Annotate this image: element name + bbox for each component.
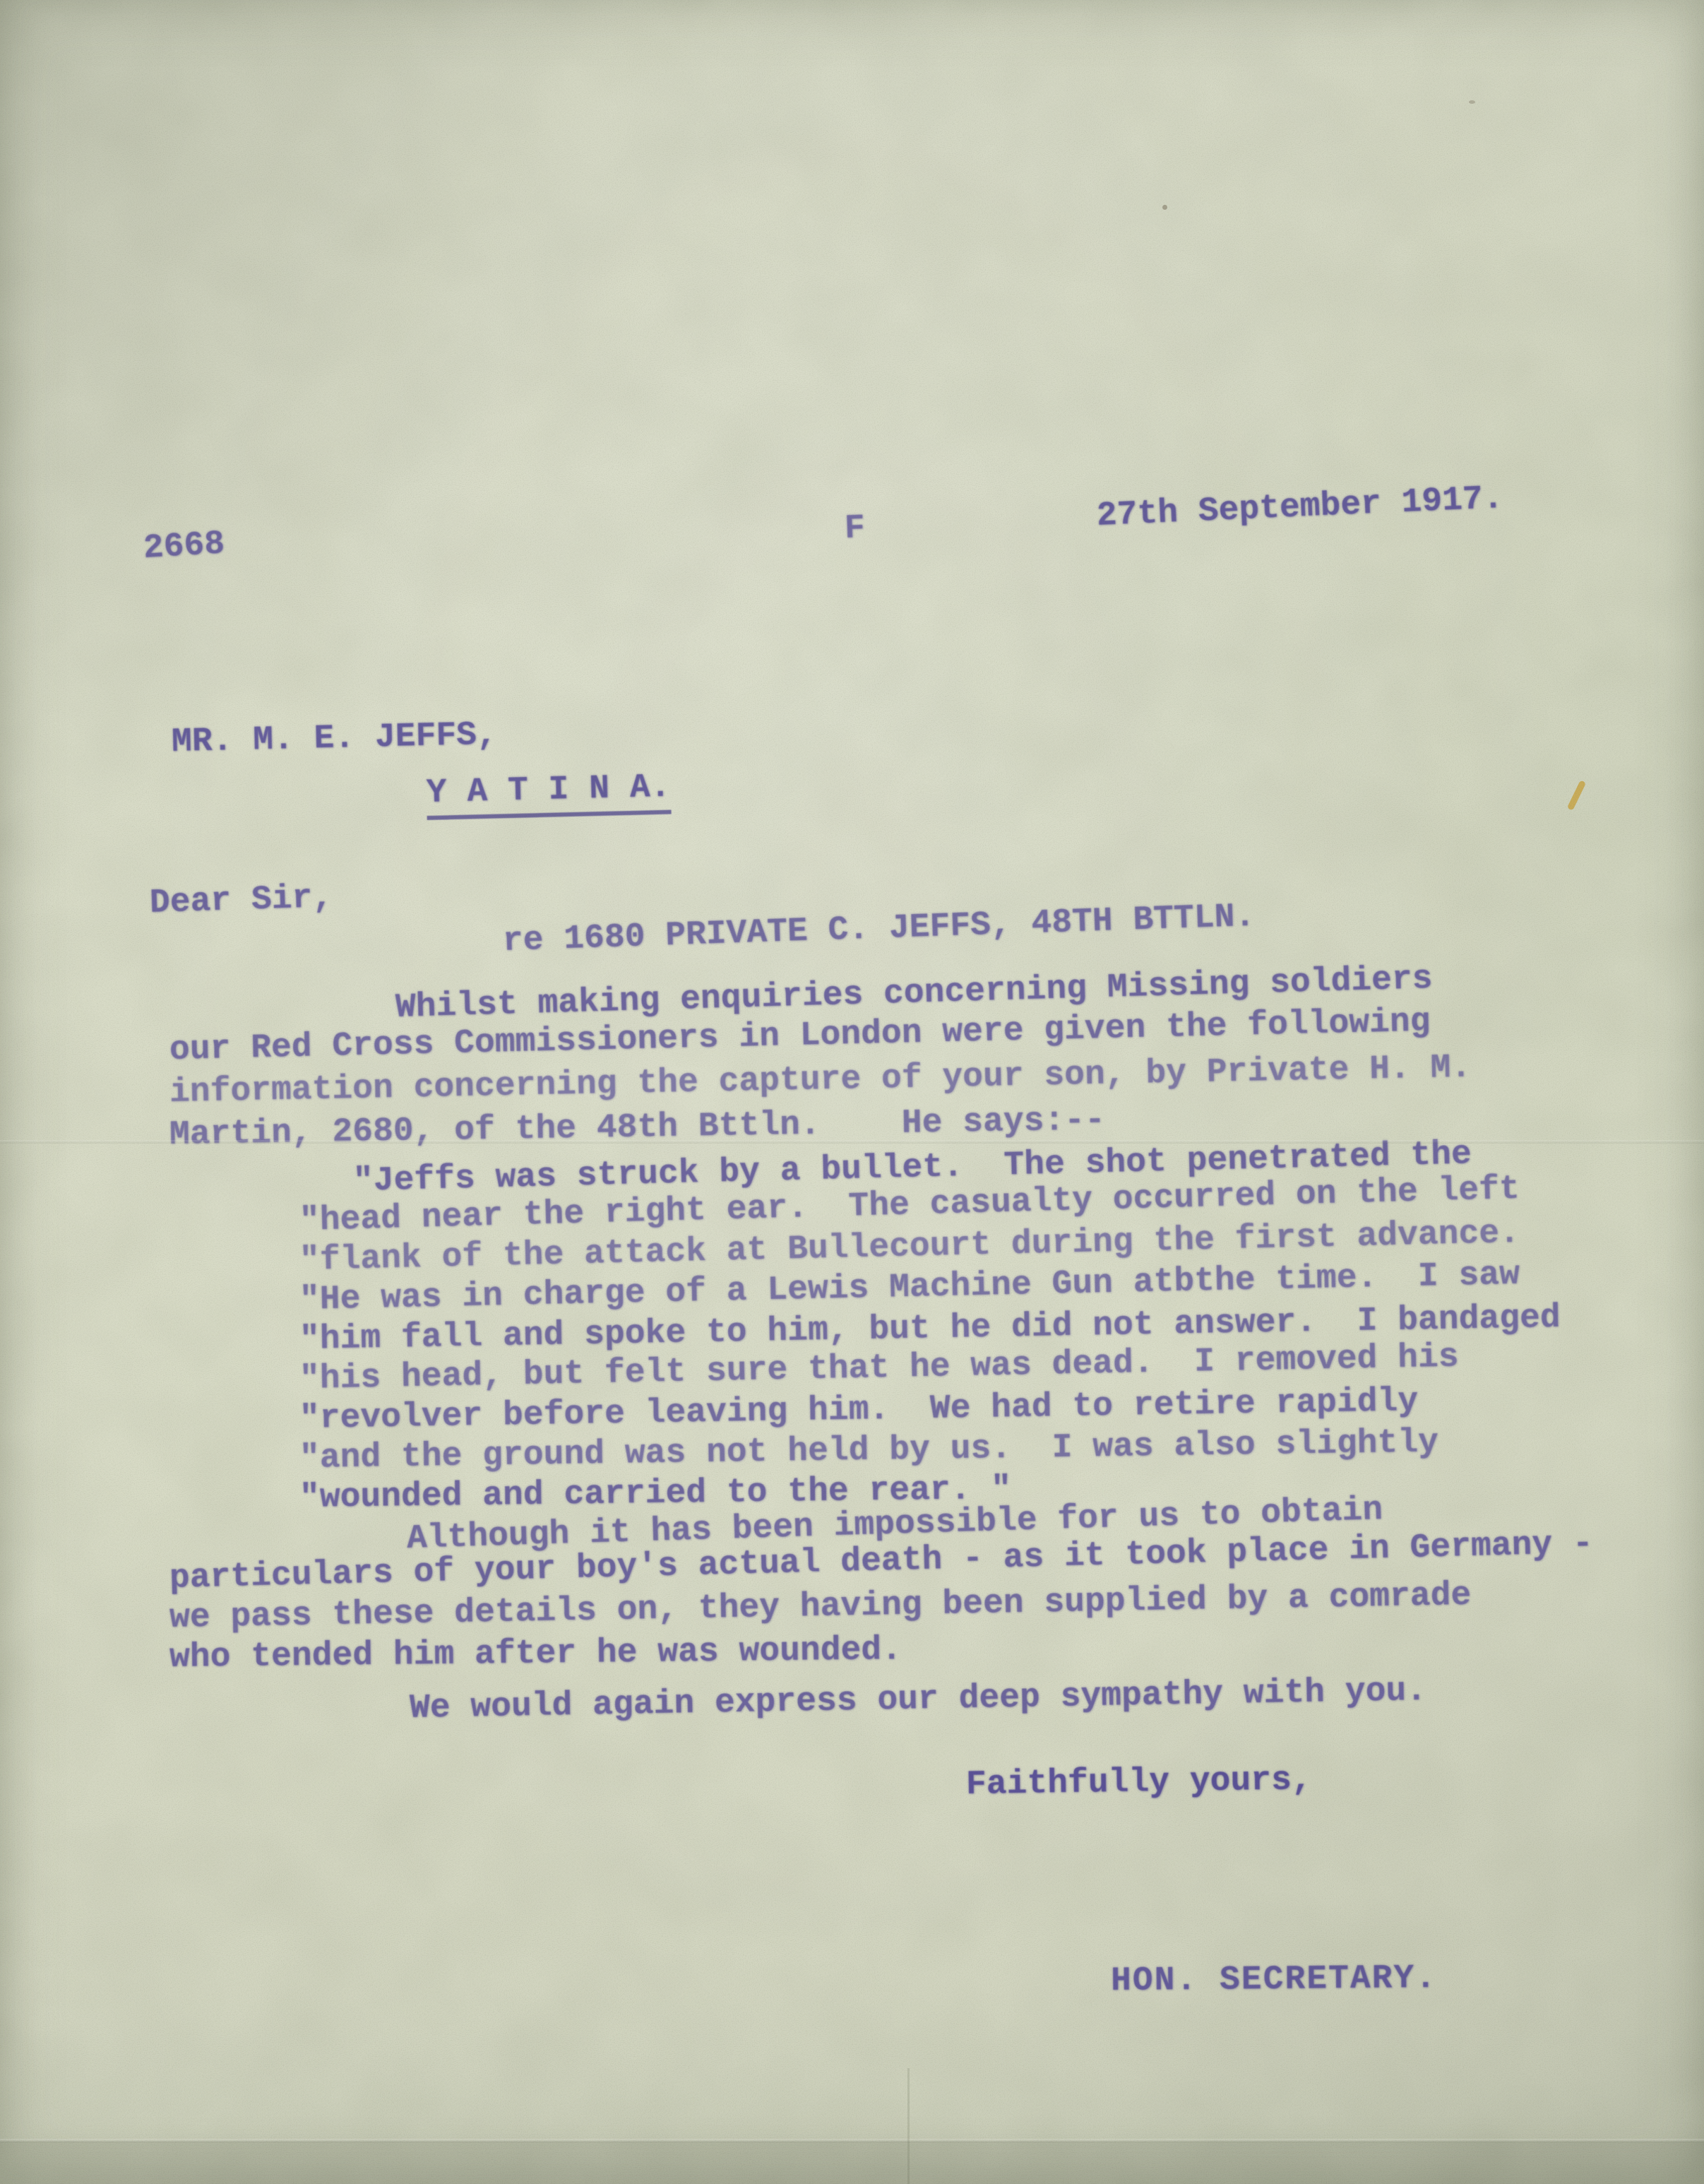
letter-date: 27th September 1917. [1096,481,1504,534]
signature-block: HON. SECRETARY. [1111,1961,1438,1999]
recipient-name: MR. M. E. JEFFS, [171,718,497,761]
page-mark: F [844,511,866,547]
bottom-shadow-band [0,2142,1704,2184]
fold-crease-upper [0,1140,1704,1144]
paragraph-1-line: Martin, 2680, of the 48th Bttln. He says… [169,1103,1106,1153]
recipient-town: Y A T I N A. [426,770,671,821]
paragraph-2-line: who tended him after he was wounded. [169,1632,902,1675]
reference-number: 2668 [143,526,226,566]
salutation: Dear Sir, [149,880,333,922]
paper-speck [1162,205,1167,210]
subject-line: re 1680 PRIVATE C. JEFFS, 48TH BTTLN. [502,899,1256,960]
vertical-crease [907,2068,910,2184]
paper-speck [1469,100,1475,104]
letter-page: 2668 F 27th September 1917. MR. M. E. JE… [0,0,1704,2184]
closing-sentence: We would again express our deep sympathy… [410,1673,1427,1727]
valediction: Faithfully yours, [966,1762,1312,1803]
letter-content: 2668 F 27th September 1917. MR. M. E. JE… [0,0,1704,2184]
